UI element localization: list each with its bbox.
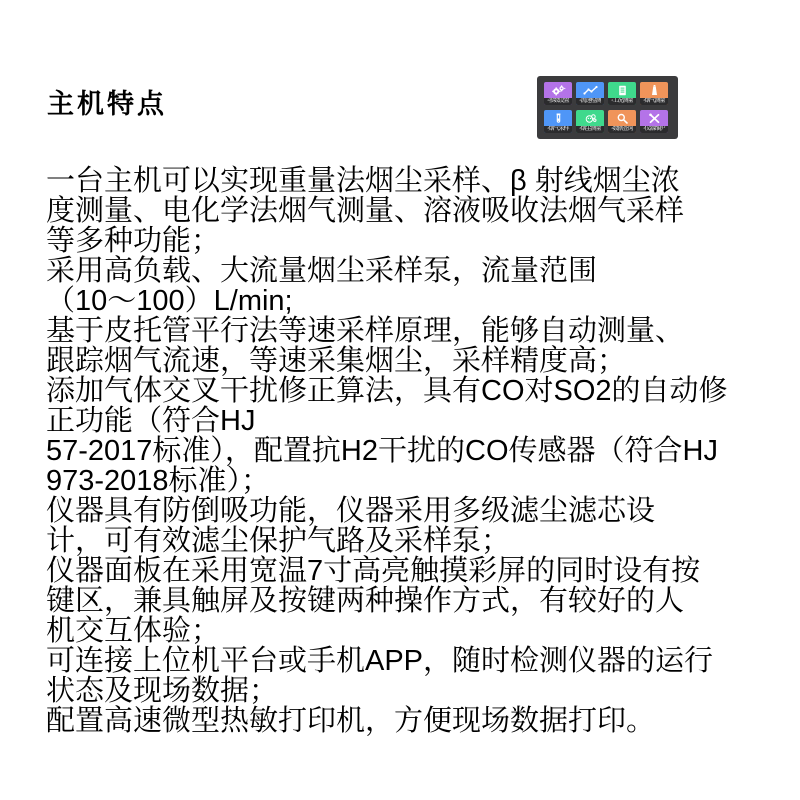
- app-tile-label: ◦流速检测: [576, 98, 604, 105]
- device-screen-image: ◦参数设置 ◦流速检测: [537, 76, 678, 139]
- document-icon: [608, 82, 636, 98]
- app-tile-maintenance: ◦仪器维护: [640, 110, 668, 133]
- magnifier-icon: [608, 110, 636, 126]
- app-tile-trend: ◦流速检测: [576, 82, 604, 105]
- gears-icon: [544, 82, 572, 98]
- page-title: 主机特点: [47, 82, 167, 121]
- app-tile-data-query: ◦数据查询: [608, 110, 636, 133]
- trend-line-icon: [576, 82, 604, 98]
- tools-icon: [640, 110, 668, 126]
- app-tile-dust: ◦烟尘测量: [576, 110, 604, 133]
- app-tile-label: ◦参数设置: [544, 98, 572, 105]
- app-tile-label: ◦烟气测量: [640, 98, 668, 105]
- app-tile-flue-gas: ◦烟气测量: [640, 82, 668, 105]
- app-tile-label: ◦仪器维护: [640, 126, 668, 133]
- app-tile-settings: ◦参数设置: [544, 82, 572, 105]
- app-tile-label: ◦烟气采样: [544, 126, 572, 133]
- app-tile-label: ◦数据查询: [608, 126, 636, 133]
- app-tile-label: ◦烟尘测量: [576, 126, 604, 133]
- product-feature-page: 主机特点: [0, 0, 800, 800]
- test-tube-icon: [544, 110, 572, 126]
- dust-cloud-icon: [576, 110, 604, 126]
- app-tile-report: ◦工况测量: [608, 82, 636, 105]
- chimney-icon: [640, 82, 668, 98]
- app-tile-gas-sampling: ◦烟气采样: [544, 110, 572, 133]
- app-tile-label: ◦工况测量: [608, 98, 636, 105]
- feature-description-text: 一台主机可以实现重量法烟尘采样、β 射线烟尘浓 度测量、电化学法烟气测量、溶液吸…: [46, 166, 766, 736]
